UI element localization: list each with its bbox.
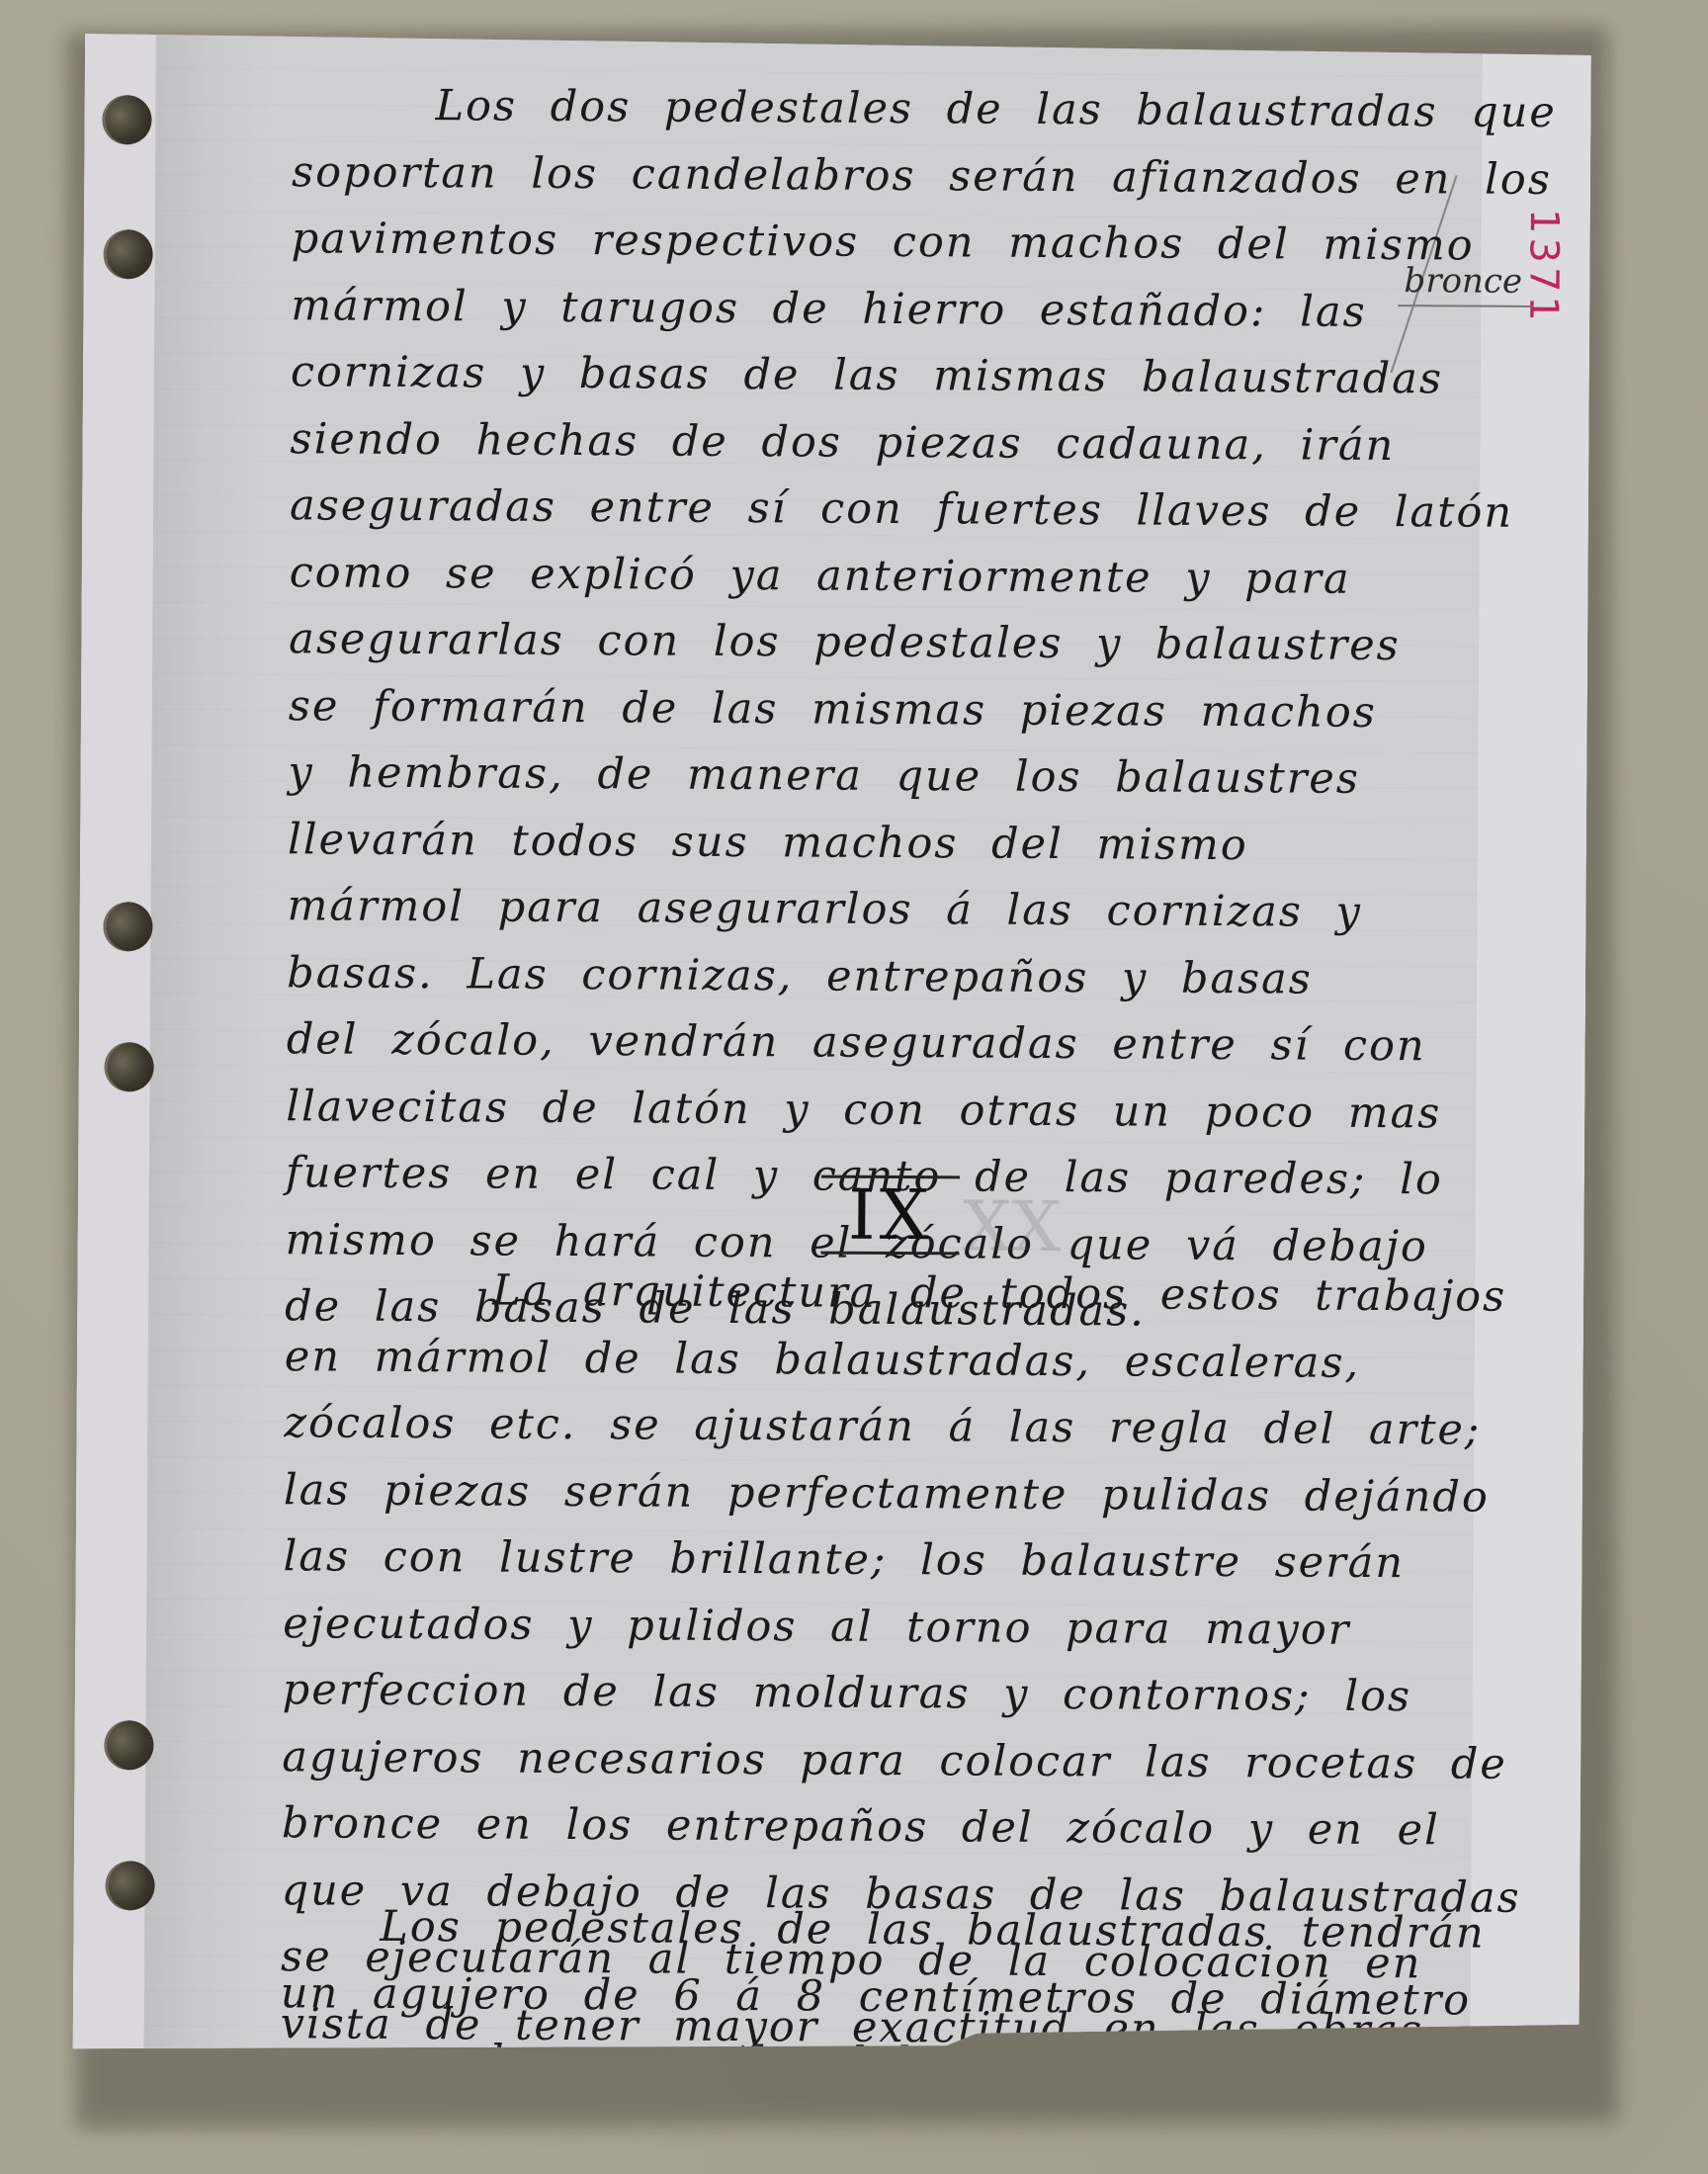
punch-hole-icon bbox=[104, 1720, 153, 1770]
text-line: se formarán de las mismas piezas machos bbox=[289, 673, 1360, 746]
punch-hole-icon bbox=[105, 1861, 154, 1910]
text-line: soportan los candelabros serán afianzado… bbox=[292, 139, 1363, 213]
punch-hole-icon bbox=[102, 95, 151, 144]
text-line: en mármol de las balaustradas, escaleras… bbox=[285, 1324, 1356, 1397]
text-line: y hembras, de manera que los balaustres bbox=[288, 739, 1359, 813]
text-line: cornizas y basas de las mismas balaustra… bbox=[291, 339, 1362, 412]
text-line: Los pedestales de las balaustradas tendr… bbox=[281, 1893, 1352, 1966]
text-line: asegurarlas con los pedestales y balaust… bbox=[289, 606, 1360, 679]
text-line: ejecutados y pulidos al torno para mayor bbox=[283, 1591, 1354, 1664]
text-line: basas. Las cornizas, entrepaños y basas bbox=[287, 940, 1358, 1013]
text-line: aseguradas entre sí con fuertes llaves d… bbox=[290, 473, 1361, 546]
text-line: zócalos etc. se ajustarán á las regla de… bbox=[284, 1390, 1355, 1463]
right-margin-strip bbox=[1470, 43, 1591, 2130]
punch-hole-icon bbox=[103, 902, 152, 951]
paragraph-1: Los dos pedestales de las balaustradas q… bbox=[285, 72, 1364, 1347]
section-heading: IX bbox=[820, 1175, 959, 1256]
bleed-through-mark: XX bbox=[962, 1185, 1061, 1267]
text-line: bronce en los entrepaños del zócalo y en… bbox=[282, 1790, 1353, 1864]
text-line: las con lustre brillante; los balaustre … bbox=[283, 1523, 1354, 1597]
text-line: llavecitas de latón y con otras un poco … bbox=[286, 1074, 1357, 1147]
text-line: como se explicó ya anteriormente y para bbox=[289, 540, 1360, 613]
text-line: siendo hechas de dos piezas cadauna, irá… bbox=[290, 406, 1361, 479]
text-line: agujeros necesarios para colocar las roc… bbox=[282, 1724, 1353, 1797]
text-line: mármol para asegurarlos á las cornizas y bbox=[287, 873, 1358, 946]
text-line: del zócalo, vendrán aseguradas entre sí … bbox=[287, 1006, 1358, 1080]
text-line: las piezas serán perfectamente pulidas d… bbox=[284, 1457, 1355, 1530]
manuscript-sheet: 1371 bronce Los dos pedestales de las ba… bbox=[72, 34, 1591, 2129]
text-line: pavimentos respectivos con machos del mi… bbox=[292, 206, 1363, 279]
text-line: La arquitectura de todos estos trabajos bbox=[285, 1257, 1356, 1330]
text-line: un agujero de 6 á 8 centímetros de diáme… bbox=[281, 1960, 1352, 2034]
punch-hole-icon bbox=[103, 229, 152, 279]
text-line: perfeccion de las molduras y contornos; … bbox=[283, 1657, 1354, 1730]
punch-hole-icon bbox=[104, 1042, 153, 1091]
text-line: mármol y tarugos de hierro estañado: las bbox=[291, 273, 1362, 346]
text-line: Los dos pedestales de las balaustradas q… bbox=[292, 72, 1363, 145]
text-line: llevarán todos sus machos del mismo bbox=[288, 807, 1359, 880]
